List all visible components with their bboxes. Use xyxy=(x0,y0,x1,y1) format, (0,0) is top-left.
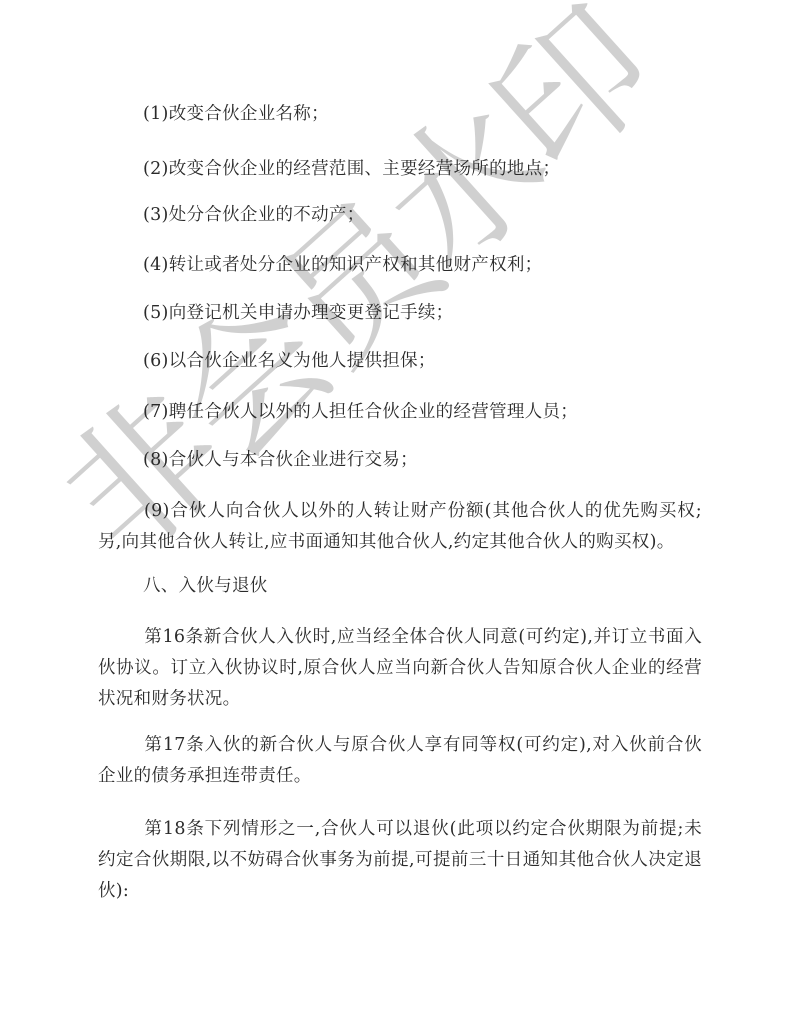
list-item: (6)以合伙企业名义为他人提供担保； xyxy=(143,350,436,372)
article-16: 第16条新合伙人入伙时,应当经全体合伙人同意(可约定),并订立书面入伙协议。订立… xyxy=(98,622,702,715)
list-item: (2)改变合伙企业的经营范围、主要经营场所的地点； xyxy=(143,158,560,180)
article-16-text: 第16条新合伙人入伙时,应当经全体合伙人同意(可约定),并订立书面入伙协议。订立… xyxy=(98,627,702,709)
section-heading: 八、入伙与退伙 xyxy=(143,575,268,597)
list-item: (4)转让或者处分企业的知识产权和其他财产权利； xyxy=(143,254,543,276)
list-item: (3)处分合伙企业的不动产； xyxy=(143,204,365,226)
list-item: (5)向登记机关申请办理变更登记手续； xyxy=(143,302,454,324)
article-18-text: 第18条下列情形之一,合伙人可以退伙(此项以约定合伙期限为前提;未约定合伙期限,… xyxy=(98,819,702,901)
article-17-text: 第17条入伙的新合伙人与原合伙人享有同等权(可约定),对入伙前合伙企业的债务承担… xyxy=(98,735,702,786)
article-17: 第17条入伙的新合伙人与原合伙人享有同等权(可约定),对入伙前合伙企业的债务承担… xyxy=(98,730,702,792)
list-item: (1)改变合伙企业名称； xyxy=(143,103,329,125)
article-18: 第18条下列情形之一,合伙人可以退伙(此项以约定合伙期限为前提;未约定合伙期限,… xyxy=(98,814,702,907)
list-item: (8)合伙人与本合伙企业进行交易； xyxy=(143,449,418,471)
list-item: (7)聘任合伙人以外的人担任合伙企业的经营管理人员； xyxy=(143,401,578,423)
list-item-9-text: (9)合伙人向合伙人以外的人转让财产份额(其他合伙人的优先购买权;另,向其他合伙… xyxy=(98,501,702,552)
document-content: (1)改变合伙企业名称； (2)改变合伙企业的经营范围、主要经营场所的地点； (… xyxy=(0,0,800,1035)
list-item-9: (9)合伙人向合伙人以外的人转让财产份额(其他合伙人的优先购买权;另,向其他合伙… xyxy=(98,496,702,558)
document-page: 非会员水印 (1)改变合伙企业名称； (2)改变合伙企业的经营范围、主要经营场所… xyxy=(0,0,800,1035)
